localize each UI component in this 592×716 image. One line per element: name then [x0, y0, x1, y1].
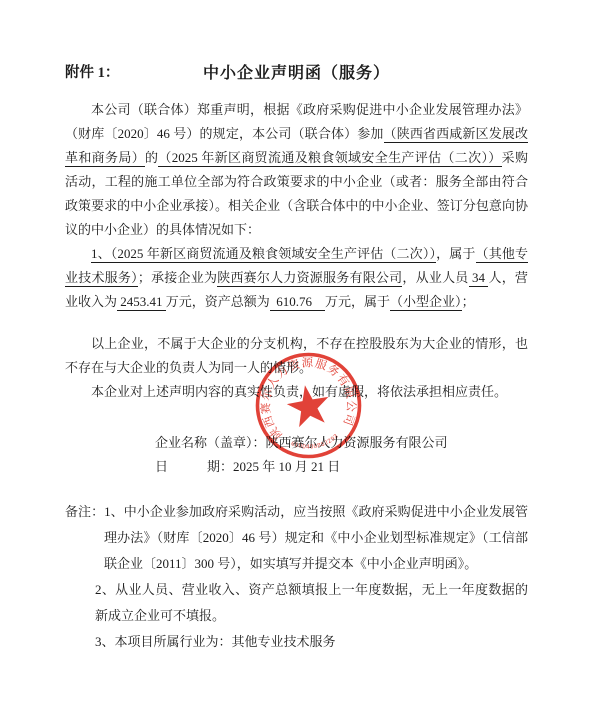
title-row: 附件 1： 中小企业声明函（服务） — [65, 60, 528, 82]
filled-blank: 610.76 — [270, 294, 325, 311]
para-responsibility: 本企业对上述声明内容的真实性负责，如有虚假，将依法承担相应责任。 — [65, 380, 528, 404]
text-segment: 万元，属于 — [325, 294, 390, 309]
note-item-1: 备注：1、中小企业参加政府采购活动，应当按照《政府采购促进中小企业发展管理办法》… — [65, 499, 528, 577]
note-item-2: 2、从业人员、营业收入、资产总额填报上一年度数据，无上一年度数据的新成立企业可不… — [65, 577, 528, 629]
signature-date-line: 日 期：2025 年 10 月 21 日 — [155, 455, 528, 479]
company-name-value: 陕西赛尔人力资源服务有限公司 — [266, 435, 448, 450]
signature-company-line: 企业名称（盖章）：陕西赛尔人力资源服务有限公司 — [155, 431, 528, 455]
note-item-3: 3、本项目所属行业为：其他专业技术服务 — [65, 629, 528, 655]
filled-blank: 34 — [469, 270, 489, 287]
text-segment: ，属于 — [436, 246, 475, 261]
filled-blank: 1、（2025 年新区商贸流通及粮食领域安全生产评估（二次）） — [91, 246, 436, 263]
notes-label: 备注： — [65, 504, 104, 519]
document-content: 附件 1： 中小企业声明函（服务） 本公司（联合体）郑重声明，根据《政府采购促进… — [65, 60, 528, 655]
document-page: 附件 1： 中小企业声明函（服务） 本公司（联合体）郑重声明，根据《政府采购促进… — [0, 0, 592, 716]
para-item-1: 1、（2025 年新区商贸流通及粮食领域安全生产评估（二次）），属于（其他专业技… — [65, 242, 528, 314]
filled-blank: （2025 年新区商贸流通及粮食领域安全生产评估（二次）） — [158, 150, 501, 167]
para-no-branch: 以上企业，不属于大企业的分支机构，不存在控股股东为大企业的情形，也不存在与大企业… — [65, 332, 528, 380]
filled-blank: （小型企业） — [390, 294, 462, 311]
text-segment: ，从业人员 — [402, 270, 468, 285]
text-segment: 本企业对上述声明内容的真实性负责，如有虚假，将依法承担相应责任。 — [91, 384, 507, 399]
date-value: 2025 年 10 月 21 日 — [233, 459, 340, 474]
document-body: 本公司（联合体）郑重声明，根据《政府采购促进中小企业发展管理办法》（财库〔202… — [65, 98, 528, 404]
signature-block: 企业名称（盖章）：陕西赛尔人力资源服务有限公司 日 期：2025 年 10 月 … — [65, 431, 528, 479]
notes-list: 备注：1、中小企业参加政府采购活动，应当按照《政府采购促进中小企业发展管理办法》… — [65, 499, 528, 655]
filled-blank: 2453.41 — [117, 294, 166, 311]
date-label: 日 期： — [155, 459, 233, 474]
text-segment: 以上企业，不属于大企业的分支机构，不存在控股股东为大企业的情形，也不存在与大企业… — [65, 336, 528, 375]
para-declaration: 本公司（联合体）郑重声明，根据《政府采购促进中小企业发展管理办法》（财库〔202… — [65, 98, 528, 242]
attachment-label: 附件 1： — [65, 61, 119, 82]
text-segment: ； — [462, 294, 475, 309]
company-name-label: 企业名称（盖章）： — [155, 435, 266, 450]
filled-blank: 陕西赛尔人力资源服务有限公司 — [217, 270, 402, 287]
text-segment: ；承接企业为 — [138, 270, 217, 285]
text-segment: 的 — [145, 150, 158, 165]
notes-block: 备注：1、中小企业参加政府采购活动，应当按照《政府采购促进中小企业发展管理办法》… — [65, 499, 528, 655]
document-title: 中小企业声明函（服务） — [65, 60, 528, 83]
text-segment: 万元，资产总额为 — [166, 294, 270, 309]
